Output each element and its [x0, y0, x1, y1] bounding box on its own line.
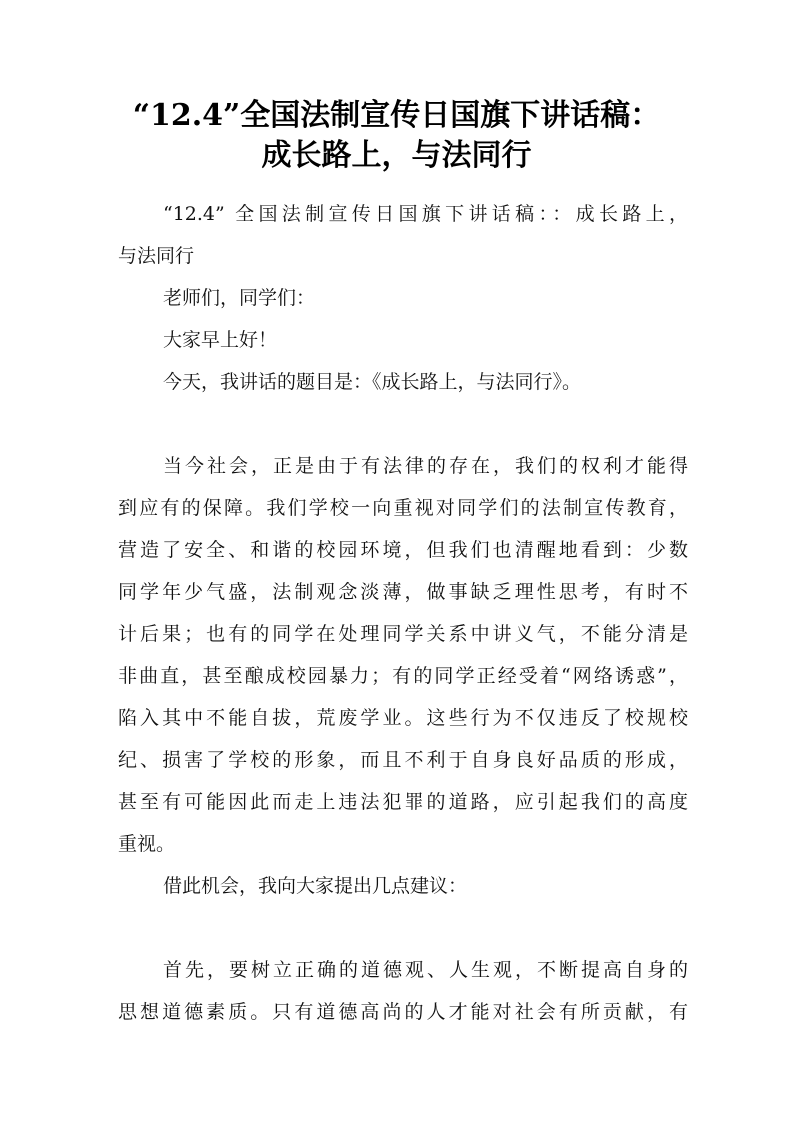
body-paragraph-2-line-2: 思想道德素质。只有道德高尚的人才能对社会有所贡献，有 — [118, 998, 688, 1026]
document-page: “12.4”全国法制宣传日国旗下讲话稿： 成长路上，与法同行 “12.4” 全国… — [0, 0, 793, 1122]
document-title-line-2: 成长路上，与法同行 — [0, 138, 793, 174]
suggestions-intro: 借此机会，我向大家提出几点建议： — [163, 872, 733, 900]
document-title-line-1: “12.4”全国法制宣传日国旗下讲话稿： — [0, 98, 793, 134]
body-paragraph-1-line-8: 纪、损害了学校的形象，而且不利于自身良好品质的形成， — [118, 746, 688, 774]
body-paragraph-2-line-1: 首先，要树立正确的道德观、人生观，不断提高自身的 — [163, 956, 688, 984]
greeting: 大家早上好！ — [163, 326, 733, 354]
body-paragraph-1-line-3: 营造了安全、和谐的校园环境，但我们也清醒地看到：少数 — [118, 536, 688, 564]
topic-line: 今天，我讲话的题目是：《成长路上，与法同行》。 — [163, 368, 733, 396]
body-paragraph-1-line-6: 非曲直，甚至酿成校园暴力；有的同学正经受着“网络诱惑”， — [118, 662, 688, 690]
body-paragraph-1-line-5: 计后果；也有的同学在处理同学关系中讲义气，不能分清是 — [118, 620, 688, 648]
salutation: 老师们，同学们： — [163, 284, 733, 312]
body-paragraph-1-line-2: 到应有的保障。我们学校一向重视对同学们的法制宣传教育， — [118, 494, 688, 522]
body-paragraph-1-line-9: 甚至有可能因此而走上违法犯罪的道路，应引起我们的高度 — [118, 788, 688, 816]
body-paragraph-1-line-4: 同学年少气盛，法制观念淡薄，做事缺乏理性思考，有时不 — [118, 578, 688, 606]
body-paragraph-1-line-7: 陷入其中不能自拔，荒废学业。这些行为不仅违反了校规校 — [118, 704, 688, 732]
subtitle-line-1: “12.4” 全国法制宣传日国旗下讲话稿：：成长路上， — [163, 200, 688, 228]
body-paragraph-1-line-1: 当今社会，正是由于有法律的存在，我们的权利才能得 — [163, 452, 688, 480]
body-paragraph-1-line-10: 重视。 — [118, 830, 688, 858]
subtitle-line-2: 与法同行 — [118, 242, 688, 270]
